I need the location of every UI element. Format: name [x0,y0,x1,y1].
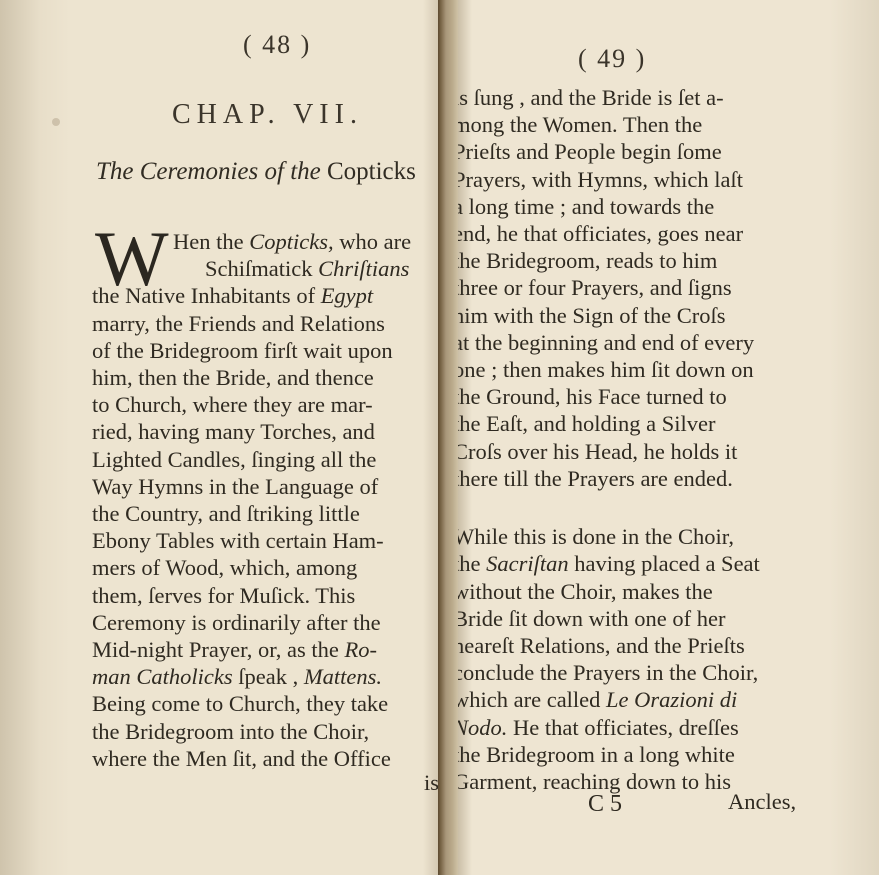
text-span: where the Men ſit, and the Office [92,746,391,771]
text-span: three or four Prayers, and ſigns [458,275,732,300]
text-span: a long time ; and towards the [458,194,714,219]
italic-text: Egypt [321,283,373,308]
text-span: which are called [458,687,606,712]
text-span: without the Choir, makes the [458,579,713,604]
text-line: of the Bridegroom firſt wait upon [92,337,393,364]
text-line: end, he that officiates, goes near [458,220,743,247]
italic-text: Chriſtians [318,256,409,281]
text-span: the Native Inhabitants of [92,283,321,308]
text-line: them, ſerves for Muſick. This [92,582,355,609]
text-span: them, ſerves for Muſick. This [92,583,355,608]
catchword: Ancles, [728,789,796,815]
text-span: end, he that officiates, goes near [458,221,743,246]
text-line: ried, having many Torches, and [92,418,375,445]
text-span: Prieſts and People begin ſome [458,139,722,164]
text-span: the Ground, his Face turned to [458,384,727,409]
text-line: Prayers, with Hymns, which laſt [458,166,743,193]
text-span: Bride ſit down with one of her [458,606,725,631]
chapter-heading: CHAP. VII. [172,99,363,131]
text-line: a long time ; and towards the [458,193,714,220]
text-line: man Catholicks ſpeak , Mattens. [92,663,382,690]
text-line: him, then the Bride, and thence [92,364,374,391]
text-span: him with the Sign of the Croſs [458,303,726,328]
text-line: the Bridegroom, reads to him [458,247,717,274]
text-line: mong the Women. Then the [458,111,702,138]
text-line: the Bridegroom into the Choir, [92,718,369,745]
page-number: ( 49 ) [578,44,646,74]
text-span: Being come to Church, they take [92,691,388,716]
text-line: Nodo. He that officiates, dreſſes [458,714,739,741]
text-span: ſpeak , [233,664,304,689]
book-gutter [438,0,458,875]
text-span: Ebony Tables with certain Ham- [92,528,384,553]
text-line: which are called Le Orazioni di [458,686,737,713]
page-number: ( 48 ) [243,30,311,60]
text-line: there till the Prayers are ended. [458,465,733,492]
text-span: conclude the Prayers in the Choir, [458,660,758,685]
text-span: mers of Wood, which, among [92,555,357,580]
text-line: three or four Prayers, and ſigns [458,274,732,301]
text-line: Prieſts and People begin ſome [458,138,722,165]
text-line: where the Men ſit, and the Office [92,745,391,772]
text-line: him with the Sign of the Croſs [458,302,726,329]
text-line: without the Choir, makes the [458,578,713,605]
text-line: at the beginning and end of every [458,329,754,356]
italic-text: Nodo. [458,715,507,740]
text-span: who are [334,229,411,254]
text-line: While this is done in the Choir, [458,523,734,550]
text-span: neareſt Relations, and the Prieſts [458,633,745,658]
catchword: is [424,770,439,796]
text-span: there till the Prayers are ended. [458,466,733,491]
text-span: to Church, where they are mar- [92,392,373,417]
italic-text: Copticks, [249,229,333,254]
chapter-title: The Ceremonies of the Copticks [96,158,416,186]
text-line: one ; then makes him ſit down on [458,356,754,383]
text-line: the Eaſt, and holding a Silver [458,410,715,437]
chapter-title-roman: Copticks [327,158,416,185]
text-span: Prayers, with Hymns, which laſt [458,167,743,192]
text-line: the Sacriſtan having placed a Seat [458,550,760,577]
text-line: the Country, and ſtriking little [92,500,360,527]
text-line: Hen the Copticks, who are [173,228,411,255]
text-span: marry, the Friends and Relations [92,311,385,336]
text-span: Croſs over his Head, he holds it [458,439,737,464]
text-line: Croſs over his Head, he holds it [458,438,737,465]
text-line: conclude the Prayers in the Choir, [458,659,758,686]
text-span: is ſung , and the Bride is ſet a- [458,85,724,110]
text-line: to Church, where they are mar- [92,391,373,418]
italic-text: Le Orazioni di [606,687,737,712]
italic-text: man Catholicks [92,664,233,689]
text-span: the Eaſt, and holding a Silver [458,411,715,436]
italic-text: Ro- [345,637,378,662]
text-span: Way Hymns in the Language of [92,474,378,499]
paper-stain [52,118,60,126]
text-span: Hen the [173,229,249,254]
text-line: Mid-night Prayer, or, as the Ro- [92,636,377,663]
text-span: at the beginning and end of every [458,330,754,355]
text-span: the Bridegroom, reads to him [458,248,717,273]
text-span: the Bridegroom in a long white [458,742,735,767]
text-span: Mid-night Prayer, or, as the [92,637,345,662]
text-line: Lighted Candles, ſinging all the [92,446,376,473]
left-page: ( 48 ) CHAP. VII. The Ceremonies of the … [0,0,441,875]
text-line: the Ground, his Face turned to [458,383,727,410]
text-span: Ceremony is ordinarily after the [92,610,381,635]
text-span: mong the Women. Then the [458,112,702,137]
text-line: Way Hymns in the Language of [92,473,378,500]
text-span: him, then the Bride, and thence [92,365,374,390]
text-span: the Bridegroom into the Choir, [92,719,369,744]
text-span: of the Bridegroom firſt wait upon [92,338,393,363]
text-line: Bride ſit down with one of her [458,605,725,632]
text-span: ried, having many Torches, and [92,419,375,444]
text-line: the Native Inhabitants of Egypt [92,282,373,309]
right-page: ( 49 ) is ſung , and the Bride is ſet a-… [458,0,879,875]
text-span: the Country, and ſtriking little [92,501,360,526]
text-line: Ebony Tables with certain Ham- [92,527,384,554]
text-line: marry, the Friends and Relations [92,310,385,337]
text-span: one ; then makes him ſit down on [458,357,754,382]
text-span: While this is done in the Choir, [458,524,734,549]
text-line: mers of Wood, which, among [92,554,357,581]
chapter-title-italic: The Ceremonies of the [96,158,327,185]
text-span: He that officiates, dreſſes [507,715,738,740]
text-span: Lighted Candles, ſinging all the [92,447,376,472]
signature-mark: C 5 [588,791,622,818]
italic-text: Mattens. [304,664,382,689]
text-line: Ceremony is ordinarily after the [92,609,381,636]
text-line: is ſung , and the Bride is ſet a- [458,84,724,111]
text-line: neareſt Relations, and the Prieſts [458,632,745,659]
italic-text: Sacriſtan [486,551,569,576]
text-span: the [458,551,486,576]
text-line: the Bridegroom in a long white [458,741,735,768]
text-line: Schiſmatick Chriſtians [205,255,409,282]
text-span: Schiſmatick [205,256,318,281]
text-line: Being come to Church, they take [92,690,388,717]
text-span: having placed a Seat [569,551,760,576]
